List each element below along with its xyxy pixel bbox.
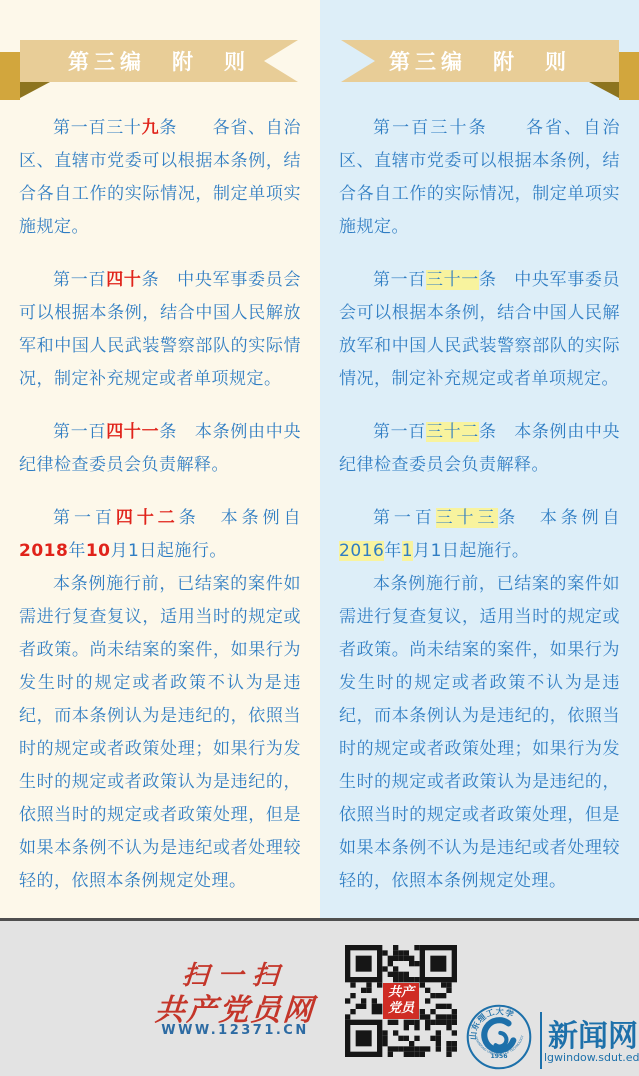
section-title-right: 第三编 附 则 [389,46,571,76]
paragraph: 第一百三十一条 中央军事委员会可以根据本条例，结合中国人民解放军和中国人民武装警… [339,264,620,396]
qr-center-text: 共产党员 [388,985,414,1017]
paragraph: 第一百三十三条 本条例自2016年1月1日起施行。 [339,502,620,568]
party-site-url: WWW.12371.CN [135,1023,335,1038]
footer: 扫一扫 共产党员网 WWW.12371.CN 共产党员 山东理工大学 SHAND… [0,918,639,1076]
paragraph: 第一百三十九条 各省、自治区、直辖市党委可以根据本条例，结合各自工作的实际情况，… [19,112,301,244]
comparison-poster: 第一百三十九条 各省、自治区、直辖市党委可以根据本条例，结合各自工作的实际情况，… [0,0,639,1076]
news-site-logo: 新闻网 [548,1011,638,1055]
old-version-text: 第一百三十九条 各省、自治区、直辖市党委可以根据本条例，结合各自工作的实际情况，… [0,112,320,898]
university-seal-logo: 山东理工大学 SHANDONG UNIVERSITY OF TECHNOLOGY… [465,1003,533,1071]
new-version-text: 第一百三十条 各省、自治区、直辖市党委可以根据本条例，结合各自工作的实际情况，制… [320,112,639,898]
seal-swirl-inner-icon [496,1033,507,1047]
ribbon-tab-right [619,52,639,100]
paragraph: 第一百四十一条 本条例由中央纪律检查委员会负责解释。 [19,416,301,482]
paragraph: 第一百三十二条 本条例由中央纪律检查委员会负责解释。 [339,416,620,482]
ribbon-fold-right [589,82,619,98]
paragraph: 第一百三十条 各省、自治区、直辖市党委可以根据本条例，结合各自工作的实际情况，制… [339,112,620,244]
news-site-url: lgwindow.sdut.edu.cn [544,1051,639,1064]
new-version-column: 第一百三十条 各省、自治区、直辖市党委可以根据本条例，结合各自工作的实际情况，制… [320,0,639,918]
section-title-left: 第三编 附 则 [68,46,250,76]
seal-year: 1956 [490,1053,507,1060]
section-banner-left: 第三编 附 则 [20,40,298,82]
paragraph: 第一百四十条 中央军事委员会可以根据本条例，结合中国人民解放军和中国人民武装警察… [19,264,301,396]
old-version-column: 第一百三十九条 各省、自治区、直辖市党委可以根据本条例，结合各自工作的实际情况，… [0,0,320,918]
section-banner-right: 第三编 附 则 [341,40,619,82]
ribbon-tab-left [0,52,20,100]
paragraph: 本条例施行前，已结案的案件如需进行复查复议，适用当时的规定或者政策。尚未结案的案… [19,568,301,898]
qr-code: 共产党员 [345,945,457,1057]
news-logo-divider [540,1012,542,1069]
ribbon-fold-left [20,82,50,98]
paragraph: 本条例施行前，已结案的案件如需进行复查复议，适用当时的规定或者政策。尚未结案的案… [339,568,620,898]
qr-center-logo: 共产党员 [383,983,419,1019]
paragraph: 第一百四十二条 本条例自2018年10月1日起施行。 [19,502,301,568]
